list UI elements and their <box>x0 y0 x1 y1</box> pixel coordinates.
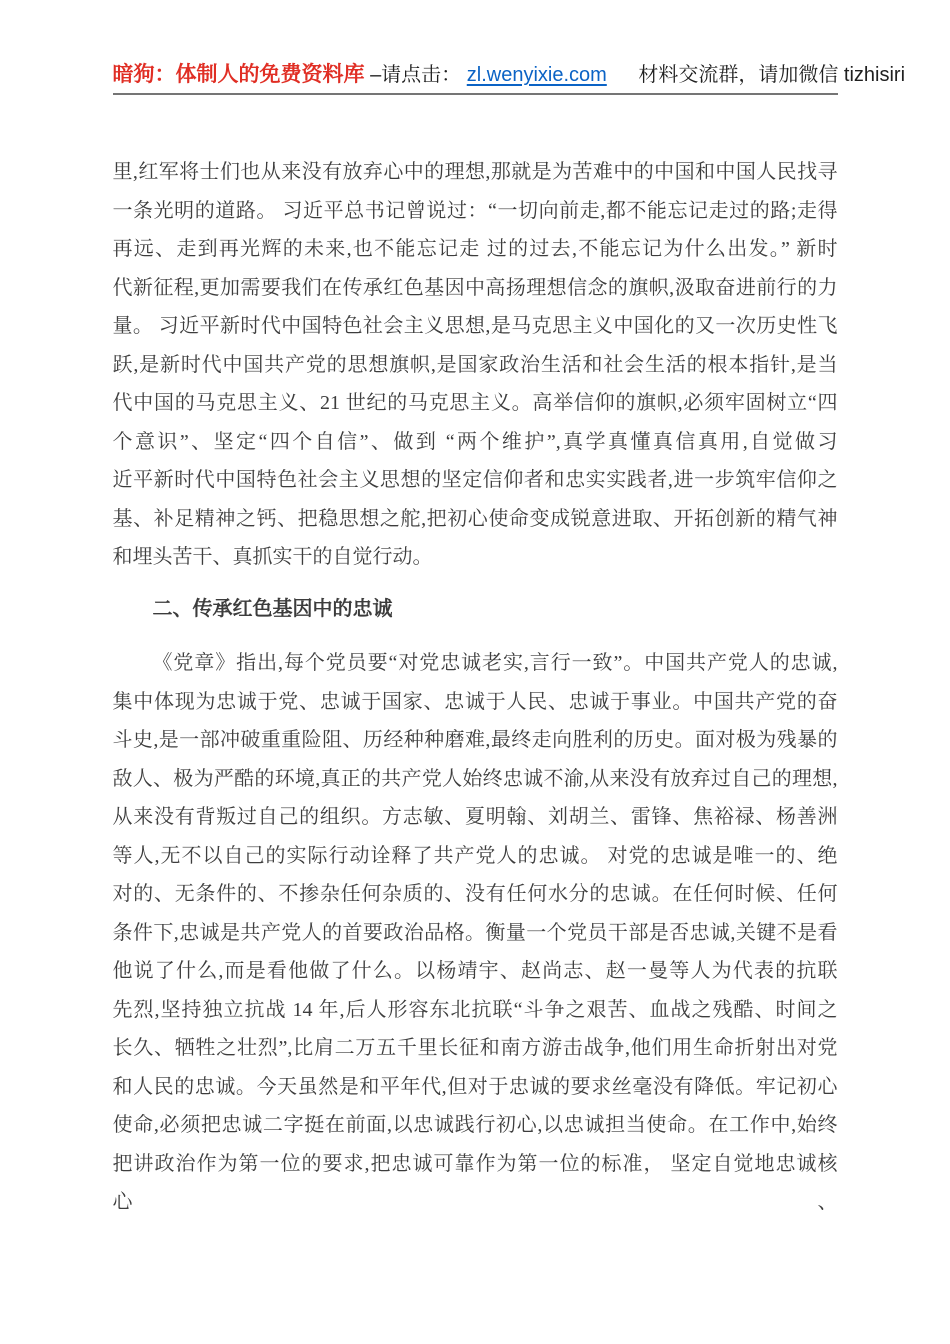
paragraph-1: 里,红军将士们也从来没有放弃心中的理想,那就是为苦难中的中国和中国人民找寻 一条… <box>113 153 838 577</box>
body-line: 长久、牺牲之壮烈”,比肩二万五千里长征和南方游击战争,他们用生命折射出对党 <box>113 1029 838 1068</box>
document-page: 暗狗：体制人的免费资料库 –请点击： zl.wenyixie.com 材料交流群… <box>0 0 950 1344</box>
body-line: 里,红军将士们也从来没有放弃心中的理想,那就是为苦难中的中国和中国人民找寻 <box>113 153 838 192</box>
body-line: 和人民的忠诚。今天虽然是和平年代,但对于忠诚的要求丝毫没有降低。牢记初心 <box>113 1068 838 1107</box>
body-line: 基、补足精神之钙、把稳思想之舵,把初心使命变成锐意进取、开拓创新的精气神 <box>113 500 838 539</box>
body-line: 等人,无不以自己的实际行动诠释了共产党人的忠诚。 对党的忠诚是唯一的、绝 <box>113 837 838 876</box>
body-line: 《党章》指出,每个党员要“对党忠诚老实,言行一致”。中国共产党人的忠诚, <box>113 644 838 683</box>
document-body: 里,红军将士们也从来没有放弃心中的理想,那就是为苦难中的中国和中国人民找寻 一条… <box>113 153 838 1222</box>
body-line: 代新征程,更加需要我们在传承红色基因中高扬理想信念的旗帜,汲取奋进前行的力 <box>113 269 838 308</box>
header-link[interactable]: zl.wenyixie.com <box>467 64 607 86</box>
body-line: 代中国的马克思主义、21 世纪的马克思主义。高举信仰的旗帜,必须牢固树立“四 <box>113 384 838 423</box>
body-line: 再远、走到再光辉的未来,也不能忘记走 过的过去,不能忘记为什么出发。” 新时 <box>113 230 838 269</box>
section-heading-loyalty: 二、传承红色基因中的忠诚 <box>113 590 838 629</box>
body-line: 把讲政治作为第一位的要求,把忠诚可靠作为第一位的标准， 坚定自觉地忠诚核心、 <box>113 1145 838 1222</box>
body-line: 敌人、极为严酷的环境,真正的共产党人始终忠诚不渝,从来没有放弃过自己的理想, <box>113 760 838 799</box>
header-click-prompt: –请点击： <box>370 64 461 86</box>
body-line: 量。 习近平新时代中国特色社会主义思想,是马克思主义中国化的又一次历史性飞 <box>113 307 838 346</box>
body-line: 使命,必须把忠诚二字挺在前面,以忠诚践行初心,以忠诚担当使命。在工作中,始终 <box>113 1106 838 1145</box>
body-line: 近平新时代中国特色社会主义思想的坚定信仰者和忠实实践者,进一步筑牢信仰之 <box>113 461 838 500</box>
body-line: 个意识”、坚定“四个自信”、做到 “两个维护”,真学真懂真信真用,自觉做习 <box>113 423 838 462</box>
body-line: 集中体现为忠诚于党、忠诚于国家、忠诚于人民、忠诚于事业。中国共产党的奋 <box>113 683 838 722</box>
body-line: 跃,是新时代中国共产党的思想旗帜,是国家政治生活和社会生活的根本指针,是当 <box>113 346 838 385</box>
body-line: 一条光明的道路。 习近平总书记曾说过：“一切向前走,都不能忘记走过的路;走得 <box>113 192 838 231</box>
body-line: 条件下,忠诚是共产党人的首要政治品格。衡量一个党员干部是否忠诚,关键不是看 <box>113 914 838 953</box>
header-brand-text: 暗狗：体制人的免费资料库 <box>113 63 365 86</box>
body-line: 他说了什么,而是看他做了什么。以杨靖宇、赵尚志、赵一曼等人为代表的抗联 <box>113 952 838 991</box>
page-header: 暗狗：体制人的免费资料库 –请点击： zl.wenyixie.com 材料交流群… <box>113 0 838 95</box>
body-line: 先烈,坚持独立抗战 14 年,后人形容东北抗联“斗争之艰苦、血战之残酷、时间之 <box>113 991 838 1030</box>
body-line: 从来没有背叛过自己的组织。方志敏、夏明翰、刘胡兰、雷锋、焦裕禄、杨善洲 <box>113 798 838 837</box>
header-divider <box>113 93 838 95</box>
header-text-line: 暗狗：体制人的免费资料库 –请点击： zl.wenyixie.com 材料交流群… <box>113 60 838 90</box>
paragraph-2: 《党章》指出,每个党员要“对党忠诚老实,言行一致”。中国共产党人的忠诚, 集中体… <box>113 644 838 1222</box>
header-suffix-text: 材料交流群，请加微信 tizhisiri <box>638 64 905 86</box>
body-line: 和埋头苦干、真抓实干的自觉行动。 <box>113 538 838 577</box>
body-line: 斗史,是一部冲破重重险阻、历经种种磨难,最终走向胜利的历史。面对极为残暴的 <box>113 721 838 760</box>
body-line: 对的、无条件的、不掺杂任何杂质的、没有任何水分的忠诚。在任何时候、任何 <box>113 875 838 914</box>
